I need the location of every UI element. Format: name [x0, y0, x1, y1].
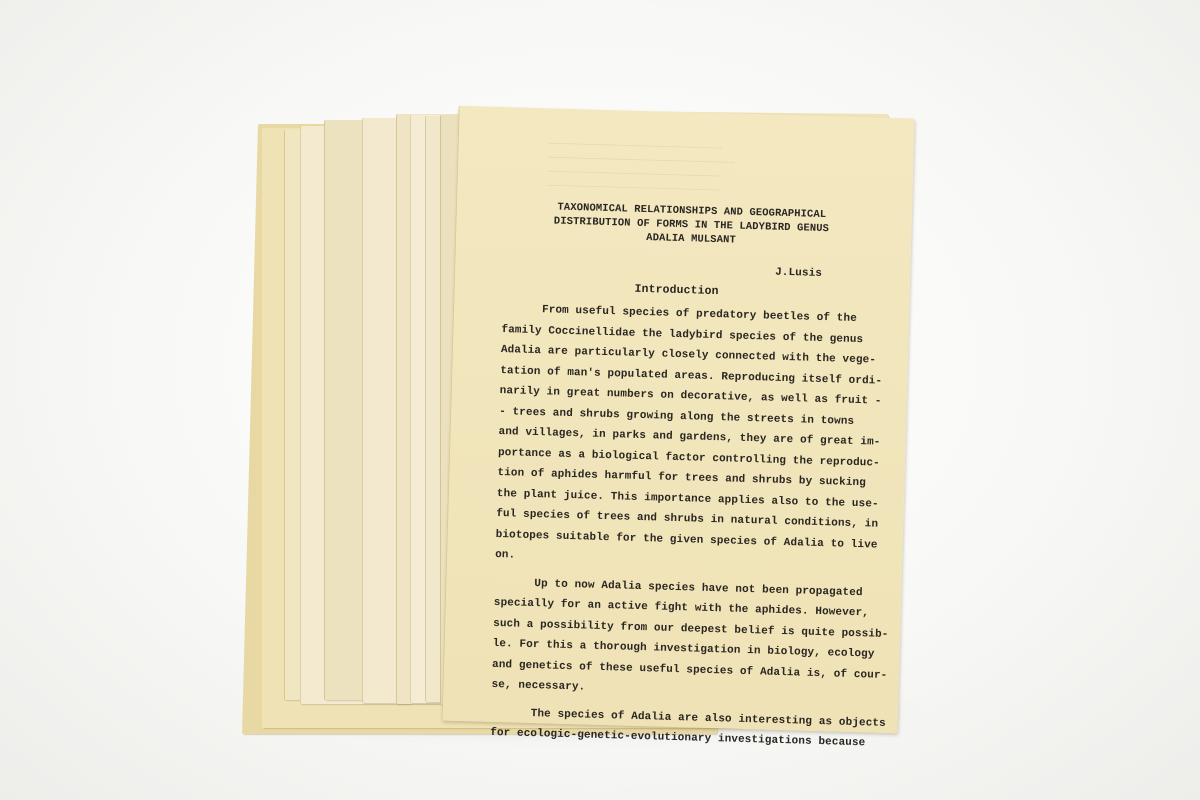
section-heading: Introduction — [634, 283, 718, 298]
paragraph: The species of Adalia are also interesti… — [490, 702, 863, 753]
bleed-through-text: ──────────────────────────── ───────────… — [547, 138, 808, 201]
photo-scene: ──────────────────────────── ───────────… — [0, 0, 1200, 800]
paragraph: From useful species of predatory beetles… — [495, 299, 874, 576]
document-title: TAXONOMICAL RELATIONSHIPS AND GEOGRAPHIC… — [551, 200, 832, 250]
paragraph: Up to now Adalia species have not been p… — [491, 572, 866, 705]
document-body: From useful species of predatory beetles… — [490, 299, 874, 761]
author-name: J.Lusis — [775, 267, 822, 280]
typewritten-front-page: ──────────────────────────── ───────────… — [442, 106, 915, 733]
